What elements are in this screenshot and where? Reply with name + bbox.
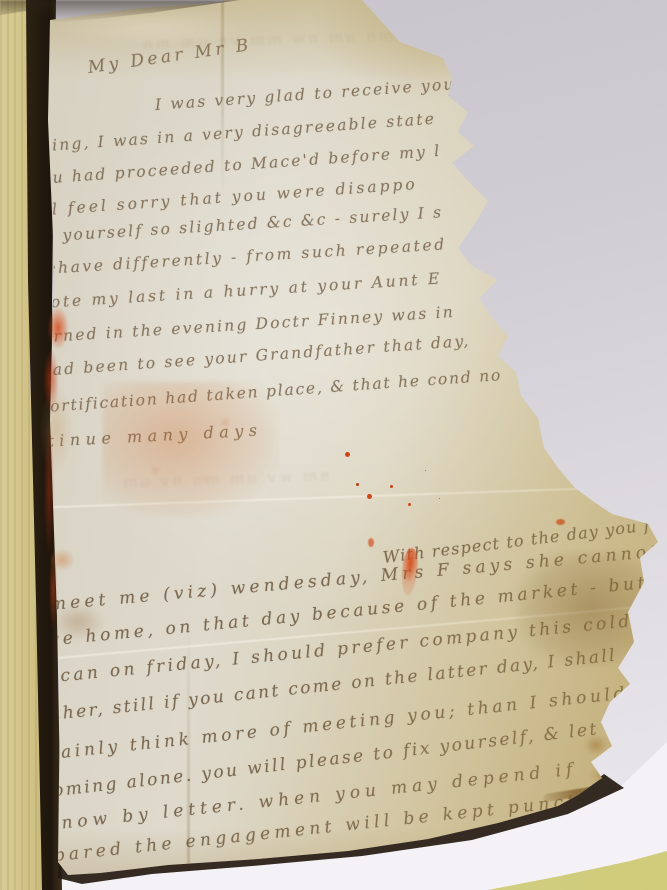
letter-line: leave home, on that day because of the m…	[12, 573, 649, 654]
red-wax-specks	[345, 452, 350, 457]
letter-line: My Dear Mr B	[87, 35, 253, 78]
brown-smudge	[52, 604, 104, 640]
letter-line: returned in the evening Doctr Finney was…	[11, 303, 455, 348]
letter-photo: wm mn um nw mm vn um mn nm wv um mn nv u…	[0, 0, 667, 890]
bleed-through-marks: nm wv um mn nv um	[120, 466, 330, 491]
letter-line: certainly think more of meeting you; tha…	[11, 683, 629, 768]
red-wax-mark	[368, 538, 374, 547]
letter-line: think yourself so slighted &c &c - surel…	[3, 203, 443, 248]
letter-line: of coming alone. you will please to fix …	[11, 719, 600, 806]
horizontal-crease	[0, 485, 660, 510]
brown-ink-stain	[516, 552, 651, 667]
letter-line: I was very glad to receive your	[154, 74, 465, 114]
letter-line: I wrote my last in a hurry at your Aunt …	[7, 269, 442, 314]
letter-line: weather, still if you cant come on the l…	[11, 645, 618, 728]
red-wax-mark	[556, 519, 565, 525]
vertical-fold	[221, 0, 224, 195]
vertical-fold	[187, 620, 190, 880]
bleed-through-marks: wm mn um nw mm vn um mn	[140, 25, 435, 53]
horizontal-crease	[0, 606, 638, 664]
red-wax-drip	[400, 547, 420, 596]
letter-line: to meet me (viz) wendesday, Mrs F says s…	[14, 542, 662, 618]
letter-line: a mortification had taken place, & that …	[15, 366, 502, 418]
wax-blot-stain	[103, 382, 278, 517]
letter-line: still feel sorry that you were disappo	[15, 175, 418, 221]
letter-paper: wm mn um nw mm vn um mn nm wv um mn nv u…	[0, 0, 667, 890]
letter-line: he had been to see your Grandfather that…	[9, 332, 471, 382]
letter-line: With respect to the day you fix	[382, 513, 667, 567]
letter-line: if you had proceeded to Mace'd before my…	[7, 142, 442, 190]
letter-line: morning, I was in a very disagreeable st…	[1, 110, 436, 158]
letter-line: she can on friday, I should prefer compa…	[11, 611, 634, 691]
letter-line: & behave differently - from such repeate…	[9, 235, 447, 280]
